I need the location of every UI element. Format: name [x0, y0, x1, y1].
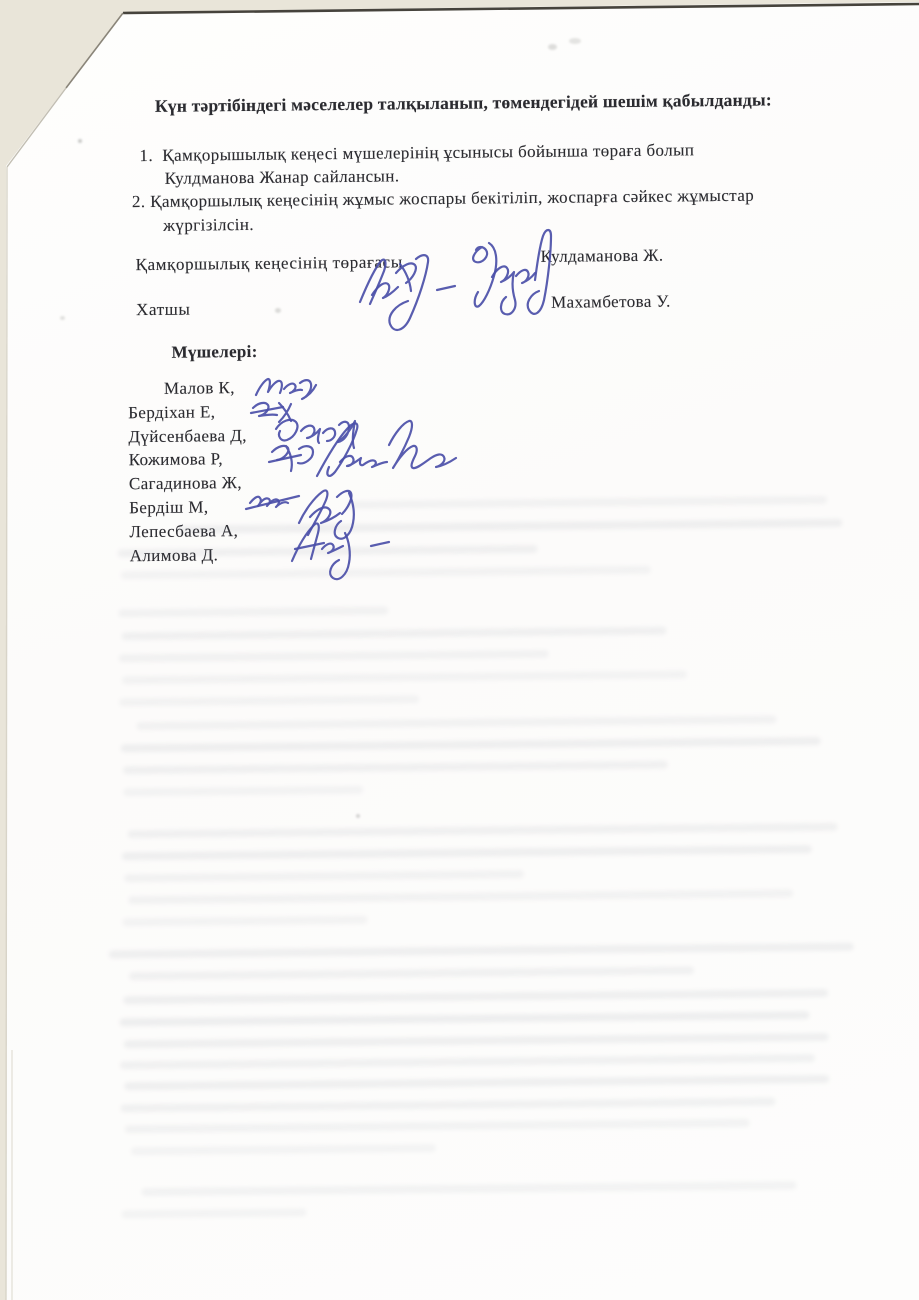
- scanned-document-page: { "colors": { "ink_blue": "#4b4fa8", "te…: [0, 0, 919, 1300]
- ghost-text-line: [121, 566, 651, 580]
- member-name: Сагадинова Ж,: [129, 471, 248, 496]
- chairman-name: Кулдаманова Ж.: [540, 246, 663, 267]
- ghost-text-line: [123, 761, 668, 775]
- member-name: Кожимова Р,: [129, 447, 248, 472]
- member-name: Дүйсенбаева Д,: [128, 424, 247, 449]
- ghost-text-line: [121, 627, 666, 641]
- ghost-text-line: [109, 943, 854, 959]
- ghost-text-line: [124, 870, 524, 882]
- secretary-label: Хатшы: [136, 300, 191, 321]
- ghost-text-line: [347, 496, 827, 509]
- members-heading: Мүшелері:: [171, 342, 257, 363]
- member-name: Бердіш М,: [129, 495, 248, 520]
- ghost-text-line: [120, 1097, 775, 1112]
- ghost-text-line: [120, 1054, 815, 1069]
- member-name: Малов К,: [164, 376, 247, 401]
- ghost-text-line: [124, 1033, 829, 1048]
- ghost-text-line: [120, 1011, 810, 1026]
- decision-1-line-2: Кулдманова Жанар сайлансын.: [165, 166, 400, 188]
- ghost-text-line: [141, 1181, 796, 1196]
- decision-1-line-1: 1. Қамқорышылық кеңесі мүшелерінің ұсыны…: [139, 140, 694, 166]
- ghost-text-line: [119, 650, 549, 663]
- chairman-label: Қамқоршылық кеңесінің төрағасы: [136, 252, 403, 275]
- ghost-text-line: [122, 670, 687, 684]
- secretary-name: Махамбетова У.: [551, 292, 671, 313]
- scan-speck: [569, 38, 581, 44]
- ghost-text-line: [177, 519, 842, 534]
- ghost-text-line: [119, 695, 419, 706]
- bleed-through-text: [0, 0, 916, 2]
- member-name: Бердіхан Е,: [128, 400, 247, 425]
- ghost-text-line: [118, 607, 388, 618]
- ghost-text-line: [122, 1208, 307, 1218]
- ghost-text-line: [128, 889, 793, 904]
- ghost-text-line: [129, 966, 694, 980]
- ghost-text-line: [124, 1075, 829, 1090]
- ghost-text-line: [125, 1119, 750, 1134]
- ghost-text-line: [123, 786, 363, 797]
- scan-speck: [275, 308, 281, 313]
- ghost-text-line: [136, 715, 776, 730]
- members-list: Малов К,Бердіхан Е,Дүйсенбаева Д,Кожимов…: [128, 376, 248, 568]
- decision-2-line-2: жүргізілсін.: [163, 215, 254, 236]
- document-content: Күн тәртібіндегі мәселелер талқыланып, т…: [0, 0, 919, 1300]
- scan-speck: [60, 316, 65, 320]
- ghost-text-line: [123, 989, 828, 1004]
- ghost-text-line: [121, 737, 821, 752]
- document-heading: Күн тәртібіндегі мәселелер талқыланып, т…: [155, 89, 772, 116]
- scan-speck: [356, 814, 360, 818]
- decision-2-line-1: 2. Қамқоршылық кеңесінің жұмыс жоспары б…: [132, 186, 754, 213]
- scan-speck: [548, 44, 557, 50]
- ghost-text-line: [122, 845, 812, 860]
- ghost-text-line: [122, 916, 367, 927]
- ghost-text-line: [128, 823, 838, 838]
- ghost-text-line: [131, 1144, 436, 1155]
- scan-speck: [78, 139, 82, 143]
